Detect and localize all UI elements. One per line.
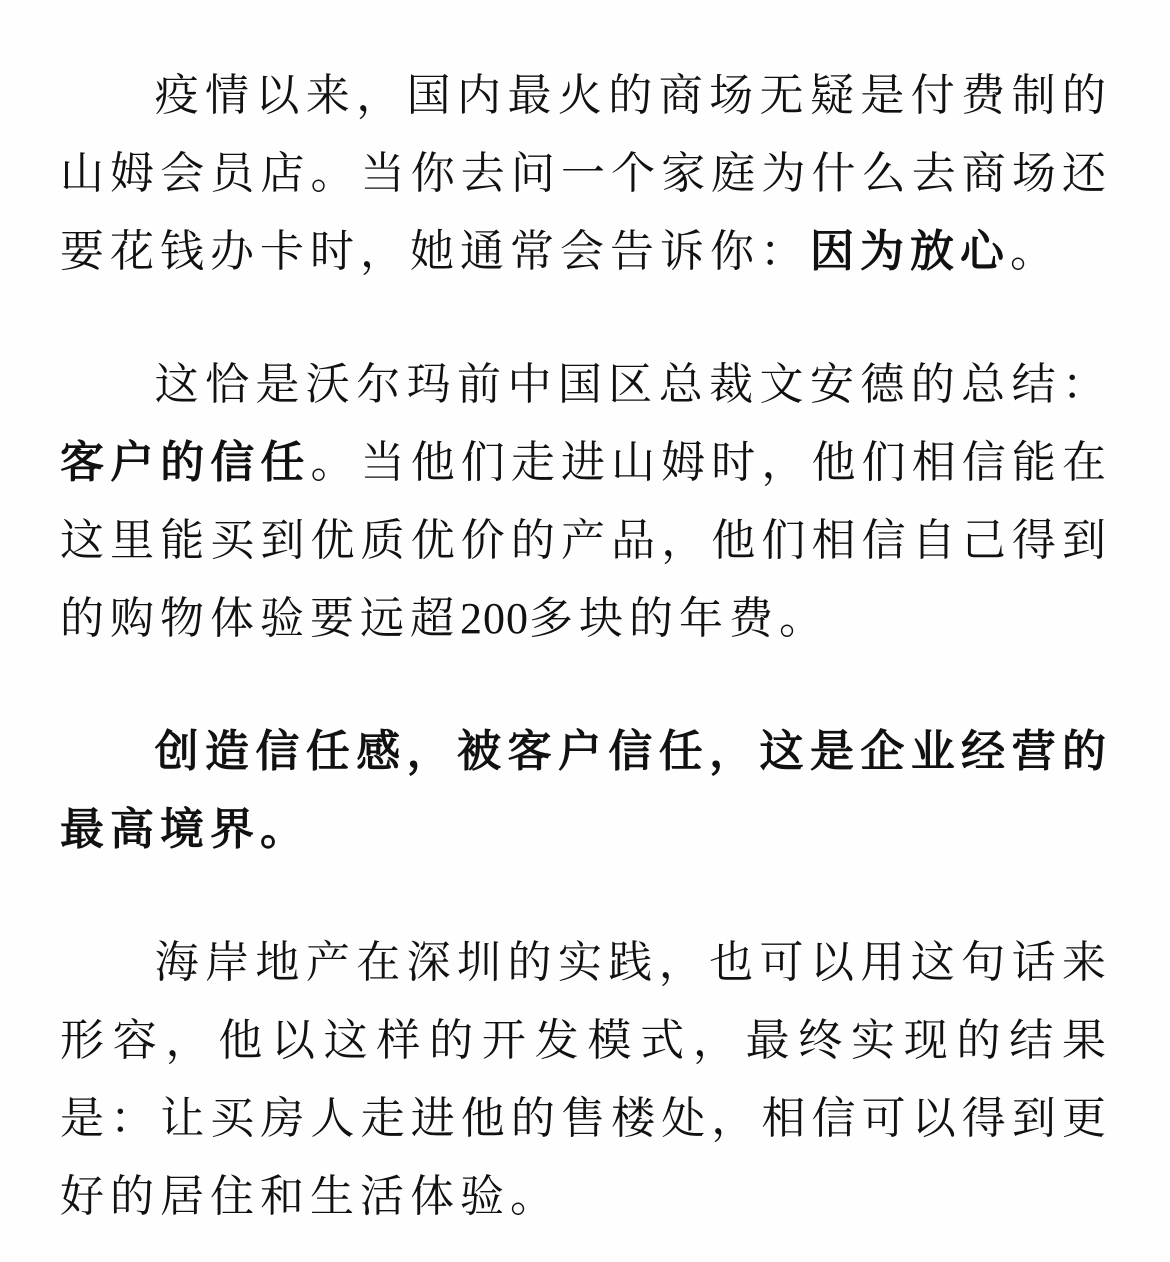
text-segment: 海岸地产在深圳的实践，也可以用这句话来形容，他以这样的开发模式，最终实现的结果是… <box>60 938 1112 1221</box>
text-segment: 多块的年费。 <box>529 594 829 643</box>
paragraph: 这恰是沃尔玛前中国区总裁文安德的总结：客户的信任。当他们走进山姆时，他们相信能在… <box>60 346 1112 658</box>
text-segment: 创造信任感，被客户信任，这是企业经营的最高境界。 <box>60 727 1112 854</box>
text-segment: 因为放心 <box>810 227 1010 276</box>
paragraph: 海岸地产在深圳的实践，也可以用这句话来形容，他以这样的开发模式，最终实现的结果是… <box>60 924 1112 1236</box>
text-segment: 200 <box>460 594 529 643</box>
text-segment: 。 <box>1010 227 1060 276</box>
article-body: 疫情以来，国内最火的商场无疑是付费制的山姆会员店。当你去问一个家庭为什么去商场还… <box>0 0 1170 1236</box>
paragraph: 创造信任感，被客户信任，这是企业经营的最高境界。 <box>60 713 1112 869</box>
text-segment: 客户的信任 <box>60 438 311 487</box>
paragraph: 疫情以来，国内最火的商场无疑是付费制的山姆会员店。当你去问一个家庭为什么去商场还… <box>60 57 1112 291</box>
text-segment: 这恰是沃尔玛前中国区总裁文安德的总结： <box>155 360 1112 409</box>
